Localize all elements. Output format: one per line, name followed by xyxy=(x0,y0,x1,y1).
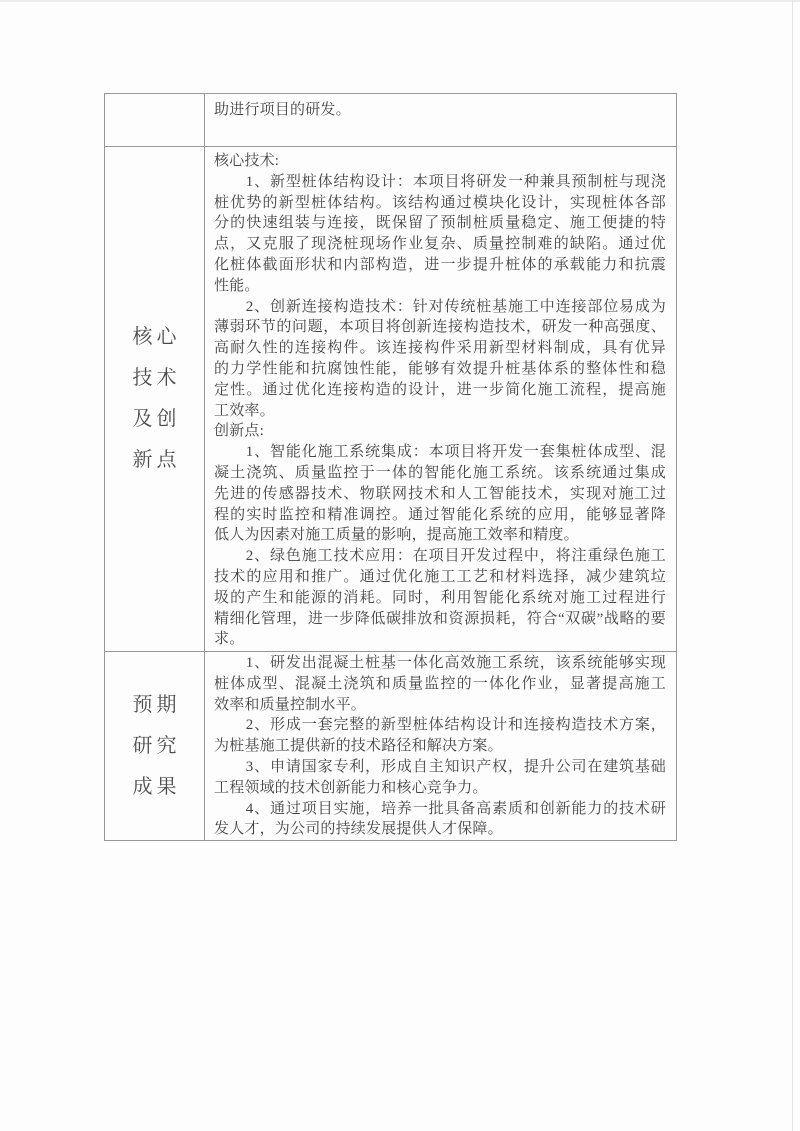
content-line: 3、申请国家专利，形成自主知识产权，提升公司在建筑基础 xyxy=(214,757,666,778)
scan-edge-right xyxy=(792,0,793,1131)
content-line: 1、研发出混凝土桩基一体化高效施工系统，该系统能够实现 xyxy=(214,653,666,674)
content-line: 助进行项目的研发。 xyxy=(214,100,668,121)
row-header-cell xyxy=(105,94,205,146)
content-line: 桩优势的新型桩体结构。该结构通过模块化设计，实现桩体各部 xyxy=(214,193,666,214)
content-line: 为桩基施工提供新的技术路径和解决方案。 xyxy=(214,736,668,757)
row-content-cell: 核心技术: 1、新型桩体结构设计：本项目将研发一种兼具预制桩与现浇桩优势的新型桩… xyxy=(205,147,676,651)
row-header-text: 成果 xyxy=(133,767,181,808)
content-line: 求。 xyxy=(214,629,668,650)
content-line: 程的实时监控和精准调控。通过智能化系统的应用，能够显著降 xyxy=(214,505,666,526)
content-line: 低人为因素对施工质量的影响，提高施工效率和精度。 xyxy=(214,525,668,546)
content-line: 工程领域的技术创新能力和核心竞争力。 xyxy=(214,778,668,799)
content-line: 凝土浇筑、质量监控于一体的智能化施工系统。该系统通过集成 xyxy=(214,463,666,484)
content-line: 高耐久性的连接构件。该连接构件采用新型材料制成，具有优异 xyxy=(214,338,666,359)
row-header-cell: 预期研究成果 xyxy=(105,652,205,840)
table-row: 预期研究成果 1、研发出混凝土桩基一体化高效施工系统，该系统能够实现桩体成型、混… xyxy=(105,652,676,840)
content-line: 1、智能化施工系统集成：本项目将开发一套集桩体成型、混 xyxy=(214,442,666,463)
content-line: 2、绿色施工技术应用：在项目开发过程中，将注重绿色施工 xyxy=(214,546,666,567)
main-table: 助进行项目的研发。核心技术及创新点核心技术: 1、新型桩体结构设计：本项目将研发… xyxy=(104,93,677,841)
row-header-text: 研究 xyxy=(133,726,181,767)
table-row: 助进行项目的研发。 xyxy=(105,94,676,147)
row-header-text: 核心 xyxy=(133,317,181,358)
content-line: 1、新型桩体结构设计：本项目将研发一种兼具预制桩与现浇 xyxy=(214,172,666,193)
content-line: 技术的应用和推广。通过优化施工工艺和材料选择，减少建筑垃 xyxy=(214,567,666,588)
content-line: 2、形成一套完整的新型桩体结构设计和连接构造技术方案， xyxy=(214,715,666,736)
content-line: 点，又克服了现浇桩现场作业复杂、质量控制难的缺陷。通过优 xyxy=(214,234,666,255)
content-line: 精细化管理，进一步降低碳排放和资源损耗，符合“双碳”战略的要 xyxy=(214,609,666,630)
row-content-cell: 1、研发出混凝土桩基一体化高效施工系统，该系统能够实现桩体成型、混凝土浇筑和质量… xyxy=(205,652,676,840)
content-line: 桩体成型、混凝土浇筑和质量监控的一体化作业，显著提高施工 xyxy=(214,674,666,695)
content-line: 定性。通过优化连接构造的设计，进一步简化施工流程，提高施 xyxy=(214,380,666,401)
content-line: 创新点: xyxy=(214,421,668,442)
scan-edge-top xyxy=(0,0,800,2)
content-line: 效率和质量控制水平。 xyxy=(214,695,668,716)
content-line: 性能。 xyxy=(214,276,668,297)
row-header-text: 及创 xyxy=(133,399,181,440)
content-line: 薄弱环节的问题，本项目将创新连接构造技术，研发一种高强度、 xyxy=(214,317,666,338)
content-line: 4、通过项目实施，培养一批具备高素质和创新能力的技术研 xyxy=(214,799,666,820)
row-header-text: 预期 xyxy=(133,685,181,726)
content-line: 核心技术: xyxy=(214,151,668,172)
row-header-text: 技术 xyxy=(133,358,181,399)
content-line: 先进的传感器技术、物联网技术和人工智能技术，实现对施工过 xyxy=(214,484,666,505)
content-line: 的力学性能和抗腐蚀性能，能够有效提升桩基体系的整体性和稳 xyxy=(214,359,666,380)
scanned-document-page: 助进行项目的研发。核心技术及创新点核心技术: 1、新型桩体结构设计：本项目将研发… xyxy=(0,0,800,1131)
content-line: 圾的产生和能源的消耗。同时，利用智能化系统对施工过程进行 xyxy=(214,588,666,609)
content-line: 分的快速组装与连接，既保留了预制桩质量稳定、施工便捷的特 xyxy=(214,213,666,234)
table-row: 核心技术及创新点核心技术: 1、新型桩体结构设计：本项目将研发一种兼具预制桩与现… xyxy=(105,147,676,652)
row-header-text: 新点 xyxy=(133,440,181,481)
content-line: 发人才，为公司的持续发展提供人才保障。 xyxy=(214,819,668,840)
row-header-cell: 核心技术及创新点 xyxy=(105,147,205,651)
content-line: 2、创新连接构造技术：针对传统桩基施工中连接部位易成为 xyxy=(214,297,666,318)
content-line: 工效率。 xyxy=(214,401,668,422)
content-line: 化桩体截面形状和内部构造，进一步提升桩体的承载能力和抗震 xyxy=(214,255,666,276)
row-content-cell: 助进行项目的研发。 xyxy=(205,94,676,146)
